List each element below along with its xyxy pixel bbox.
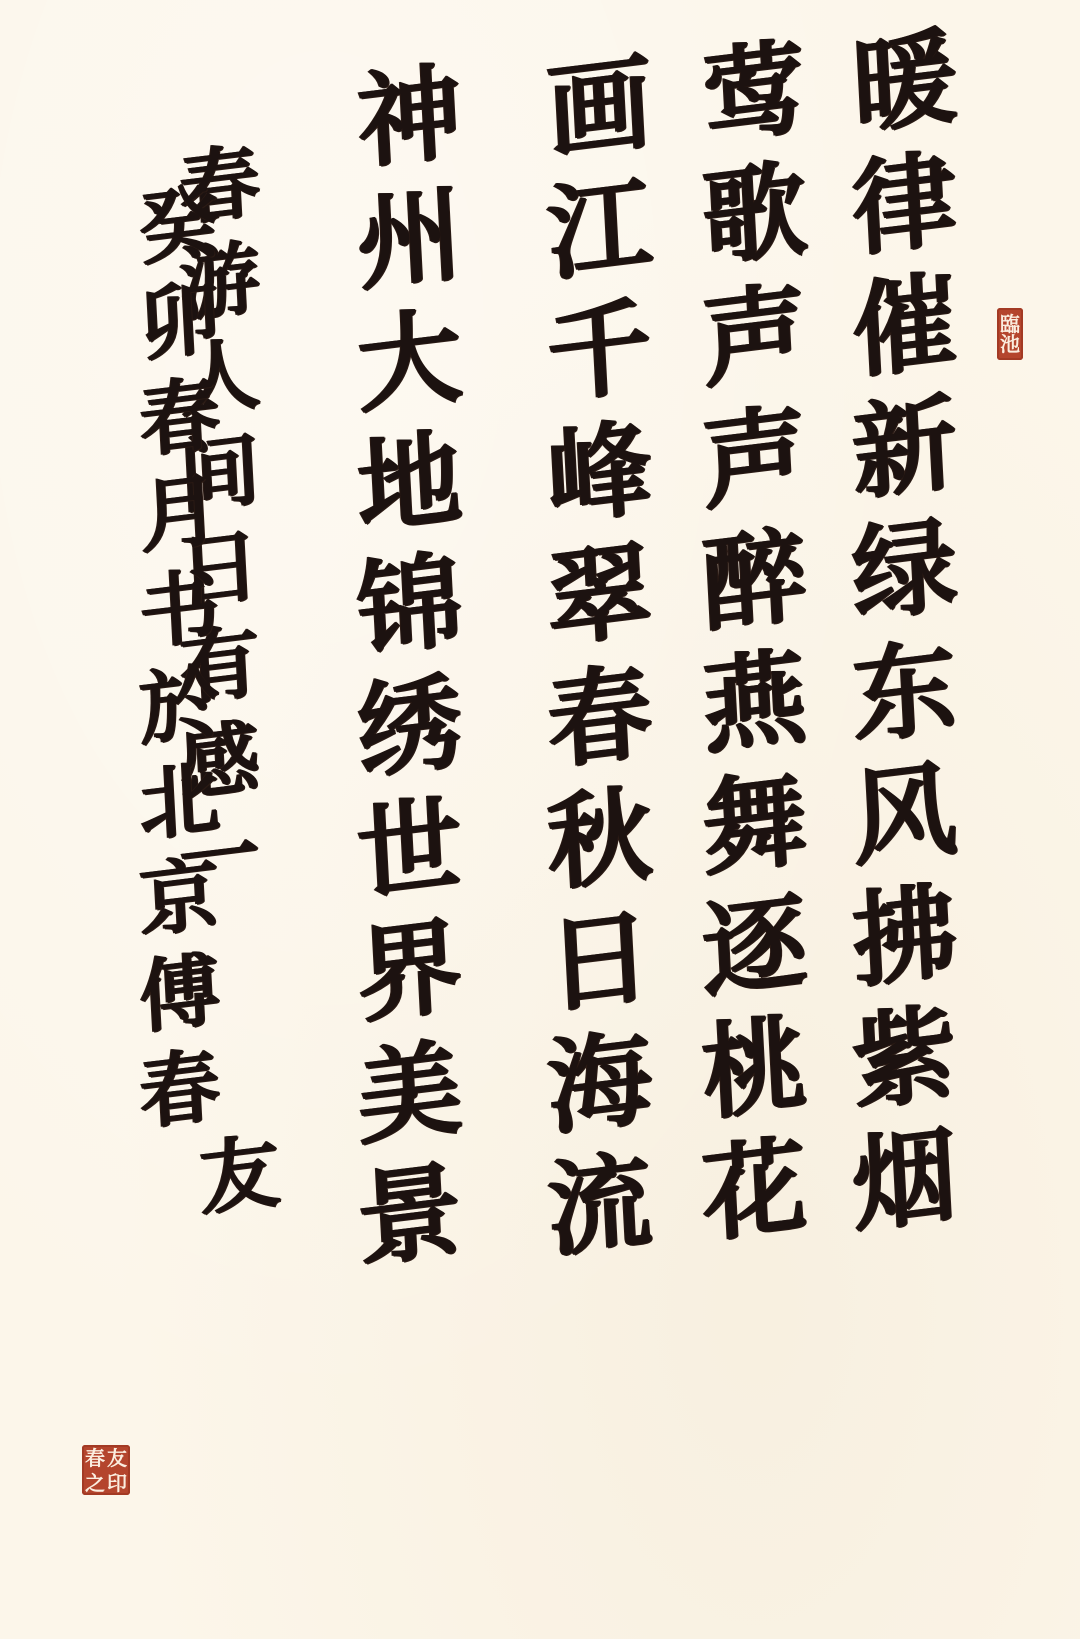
seal-character: 春 xyxy=(84,1448,106,1468)
seal-stamp-bottom: 春 友 之 印 xyxy=(82,1445,130,1495)
seal-character: 臨 xyxy=(1000,314,1020,334)
glyph: 景 xyxy=(342,1155,478,1292)
signature-column: 癸 卯 春 月 书 於 北 京 傅 春 友 xyxy=(70,185,290,1231)
seal-stamp-top: 臨 池 xyxy=(997,308,1023,360)
calligraphy-column-1: 暖 律 催 新 绿 东 风 拂 紫 烟 xyxy=(840,30,970,1250)
seal-character: 友 xyxy=(106,1448,128,1468)
calligraphy-column-4: 神 州 大 地 锦 绣 世 界 美 景 xyxy=(345,65,475,1285)
seal-character: 池 xyxy=(1000,334,1020,354)
calligraphy-column-2: 莺 歌 声 声 醉 燕 舞 逐 桃 花 xyxy=(690,40,820,1260)
glyph: 烟 xyxy=(837,1120,973,1257)
seal-character: 之 xyxy=(84,1473,106,1493)
glyph: 友 xyxy=(188,1129,293,1237)
glyph: 花 xyxy=(687,1130,823,1267)
seal-character: 印 xyxy=(106,1473,128,1493)
calligraphy-column-3: 画 江 千 峰 翠 春 秋 日 海 流 xyxy=(535,55,665,1275)
glyph: 流 xyxy=(532,1145,668,1282)
